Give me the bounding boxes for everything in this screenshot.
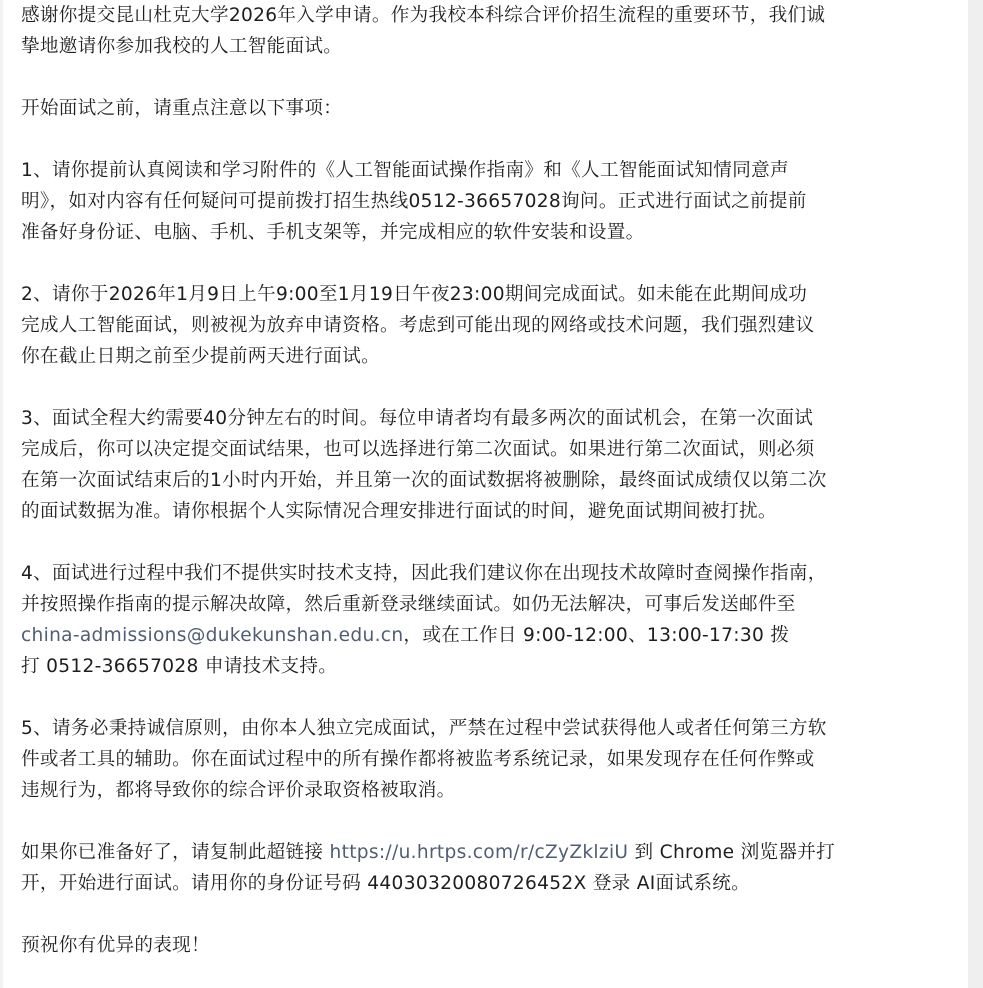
- text-line: 你在截止日期之前至少提前两天进行面试。: [21, 341, 961, 372]
- left-edge-divider: [0, 0, 3, 988]
- notice-item-2: 2、请你于2026年1月9日上午9:00至1月19日午夜23:00期间完成面试。…: [21, 279, 961, 372]
- text-fragment: ，或在工作日 9:00-12:00、13:00-17:30 拨: [403, 625, 789, 646]
- text-line: 违规行为，都将导致你的综合评价录取资格被取消。: [21, 775, 961, 806]
- text-line: 2、请你于2026年1月9日上午9:00至1月19日午夜23:00期间完成面试。…: [21, 279, 961, 310]
- signoff: 预祝你有优异的表现！: [21, 930, 961, 961]
- text-line: 1、请你提前认真阅读和学习附件的《人工智能面试操作指南》和《人工智能面试知情同意…: [21, 155, 961, 186]
- notice-item-3: 3、面试全程大约需要40分钟左右的时间。每位申请者均有最多两次的面试机会，在第一…: [21, 403, 961, 527]
- notice-item-5: 5、请务必秉持诚信原则，由你本人独立完成面试，严禁在过程中尝试获得他人或者任何第…: [21, 713, 961, 806]
- text-line: 的面试数据为准。请你根据个人实际情况合理安排进行面试的时间，避免面试期间被打扰。: [21, 496, 961, 527]
- notice-heading: 开始面试之前，请重点注意以下事项：: [21, 93, 961, 124]
- text-line: 如果你已准备好了，请复制此超链接 https://u.hrtps.com/r/c…: [21, 837, 961, 868]
- notice-item-4: 4、面试进行过程中我们不提供实时技术支持，因此我们建议你在出现技术故障时查阅操作…: [21, 558, 961, 682]
- scrollbar-track[interactable]: [968, 0, 983, 988]
- text-fragment: 到 Chrome 浏览器并打: [628, 842, 835, 863]
- text-line: 在第一次面试结束后的1小时内开始，并且第一次的面试数据将被删除，最终面试成绩仅以…: [21, 465, 961, 496]
- text-line: 准备好身份证、电脑、手机、手机支架等，并完成相应的软件安装和设置。: [21, 217, 961, 248]
- text-line: 开，开始进行面试。请用你的身份证号码 44030320080726452X 登录…: [21, 868, 961, 899]
- notice-item-1: 1、请你提前认真阅读和学习附件的《人工智能面试操作指南》和《人工智能面试知情同意…: [21, 155, 961, 248]
- text-line: 打 0512-36657028 申请技术支持。: [21, 651, 961, 682]
- text-line: 感谢你提交昆山杜克大学2026年入学申请。作为我校本科综合评价招生流程的重要环节…: [21, 0, 961, 31]
- interview-link[interactable]: https://u.hrtps.com/r/cZyZklziU: [330, 842, 629, 863]
- text-line: 4、面试进行过程中我们不提供实时技术支持，因此我们建议你在出现技术故障时查阅操作…: [21, 558, 961, 589]
- intro-paragraph: 感谢你提交昆山杜克大学2026年入学申请。作为我校本科综合评价招生流程的重要环节…: [21, 0, 961, 62]
- text-line: 件或者工具的辅助。你在面试过程中的所有操作都将被监考系统记录，如果发现存在任何作…: [21, 744, 961, 775]
- support-email-link[interactable]: china-admissions@dukekunshan.edu.cn: [21, 625, 403, 646]
- text-line: 完成后，你可以决定提交面试结果，也可以选择进行第二次面试。如果进行第二次面试，则…: [21, 434, 961, 465]
- text-line: 5、请务必秉持诚信原则，由你本人独立完成面试，严禁在过程中尝试获得他人或者任何第…: [21, 713, 961, 744]
- text-line: 开始面试之前，请重点注意以下事项：: [21, 93, 961, 124]
- text-line: 明》，如对内容有任何疑问可提前拨打招生热线0512-36657028询问。正式进…: [21, 186, 961, 217]
- email-body: 感谢你提交昆山杜克大学2026年入学申请。作为我校本科综合评价招生流程的重要环节…: [21, 0, 961, 988]
- text-line: 挚地邀请你参加我校的人工智能面试。: [21, 31, 961, 62]
- text-line: 预祝你有优异的表现！: [21, 930, 961, 961]
- closing-paragraph: 如果你已准备好了，请复制此超链接 https://u.hrtps.com/r/c…: [21, 837, 961, 899]
- text-fragment: 如果你已准备好了，请复制此超链接: [21, 842, 330, 863]
- text-line: 完成人工智能面试，则被视为放弃申请资格。考虑到可能出现的网络或技术问题，我们强烈…: [21, 310, 961, 341]
- text-line: china-admissions@dukekunshan.edu.cn，或在工作…: [21, 620, 961, 651]
- text-line: 并按照操作指南的提示解决故障，然后重新登录继续面试。如仍无法解决，可事后发送邮件…: [21, 589, 961, 620]
- text-line: 3、面试全程大约需要40分钟左右的时间。每位申请者均有最多两次的面试机会，在第一…: [21, 403, 961, 434]
